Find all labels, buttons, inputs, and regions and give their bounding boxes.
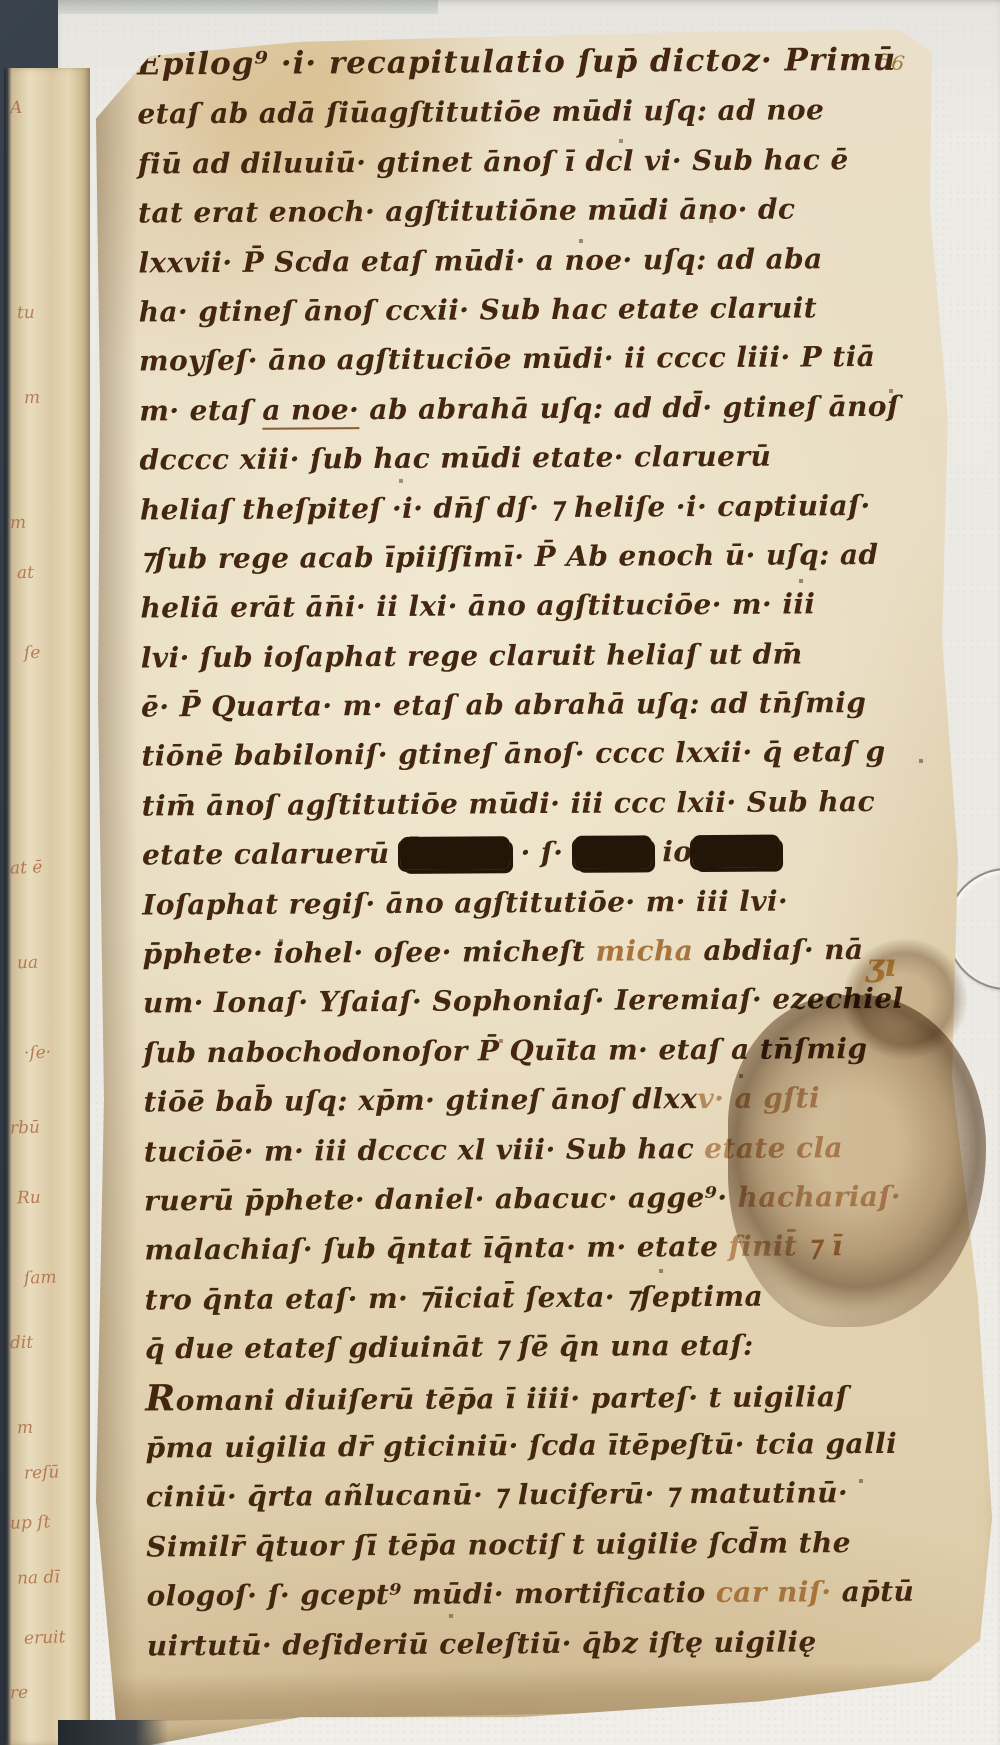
text-segment: p̄phete· iohel· oſee· micheſt — [143, 935, 596, 971]
text-line: p̄ma uigilia dr̄ gticiniū· ſcda ītēpeſtū… — [145, 1418, 955, 1472]
text-line: Similr̄ q̄tuor ſī tēp̄a noctiſ t uigilie… — [146, 1517, 956, 1571]
text-segment: tuciōē· m· iii dcccc xl viii· Sub hac — [144, 1132, 705, 1168]
text-segment: ruerū p̄phete· daniel· abacuc· agge⁹· — [144, 1181, 738, 1218]
fore-edge-ghost-text: dit — [10, 1333, 34, 1354]
text-segment: ologoſ· ſ· gcept⁹ mūdi· mortificatio — [146, 1576, 715, 1612]
text-segment: Similr̄ q̄tuor ſī tēp̄a noctiſ t uigilie… — [146, 1526, 851, 1563]
text-segment: uirtutū· deſideriū celeſtiū· q̄bz iſtę u… — [147, 1625, 817, 1662]
text-segment: ⁊ſub rege acab īpiiſſimī· P̄ Ab enoch ū·… — [140, 538, 878, 576]
text-line: ologoſ· ſ· gcept⁹ mūdi· mortificatio car… — [146, 1567, 956, 1621]
text-segment: tim̄ ānoſ agſtitutiōe mūdi· iii ccc lxii… — [142, 785, 876, 822]
fore-edge-ghost-text: tu — [17, 303, 35, 324]
text-line: p̄phete· iohel· oſee· micheſt micha abdi… — [142, 925, 952, 979]
ink-blot: ſ̄· tēp̄a — [399, 836, 510, 870]
text-line: q̄ due etateſ gdiuināt ⁊ ſē q̄n una etaſ… — [145, 1320, 955, 1374]
text-line: lvi· ſub ioſaphat rege claruit heliaſ ut… — [141, 628, 951, 682]
text-segment: tro q̄nta etaſ· m· ⁊īiciat̄ ſexta· ⁊ſept… — [145, 1279, 764, 1316]
fore-edge-ghost-text: re — [10, 1683, 29, 1704]
text-segment: ciniū· q̄rta añlucanū· ⁊ luciferū· ⁊ mat… — [146, 1477, 848, 1514]
text-segment: heliā erāt ān̄i· ii lxi· āno agſtituciōe… — [140, 588, 815, 625]
text-line: ha· gtineſ ānoſ ccxii· Sub hac etate cla… — [139, 282, 949, 336]
text-line: ē· P̄ Quarta· m· etaſ ab abrahā uſq: ad … — [141, 678, 951, 732]
text-line: Romani diuiſerū tēp̄a ī iiii· parteſ· t … — [145, 1369, 955, 1423]
text-segment: micha — [595, 934, 703, 968]
text-segment: · ſ· — [510, 836, 573, 869]
text-segment: ha· gtineſ ānoſ ccxii· Sub hac etate cla… — [139, 291, 818, 328]
text-segment: ap̄tū — [831, 1575, 914, 1609]
fore-edge-ghost-text: ua — [17, 953, 39, 974]
fore-edge-ghost-text: m — [24, 388, 41, 409]
text-line: dcccc xiii· ſub hac mūdi etate· claruerū — [139, 431, 949, 485]
text-line: uirtutū· deſideriū celeſtiū· q̄bz iſtę u… — [147, 1616, 957, 1670]
text-segment: tiōē bab̄ uſq: xp̄m· gtineſ ānoſ dlxx — [143, 1082, 697, 1118]
text-segment: R — [145, 1377, 176, 1419]
text-segment: etate calaruerū — [142, 837, 400, 872]
text-line: lxxvii· P̄ Scda etaſ mūdi· a noe· uſq: a… — [138, 233, 948, 287]
text-line: fiū ad diluuiū· gtinet ānoſ ī dcl vi· Su… — [138, 134, 948, 188]
text-segment: a noe· — [262, 393, 359, 430]
text-line: etate calaruerū ſ̄· tēp̄a · ſ· tōpe ioSa… — [142, 826, 952, 880]
fore-edge-ghost-text: at ē — [10, 857, 43, 878]
text-line: tim̄ ānoſ agſtitutiōe mūdi· iii ccc lxii… — [142, 776, 952, 830]
fore-edge-ghost-text: ſe — [24, 643, 41, 664]
ink-blot: Sap̄h — [692, 835, 780, 869]
fore-edge-ghost-text: eruit — [24, 1627, 66, 1648]
text-segment: q̄ due etateſ gdiuināt ⁊ ſē q̄n una etaſ… — [145, 1329, 754, 1366]
text-line: heliā erāt ān̄i· ii lxi· āno agſtituciōe… — [140, 579, 950, 633]
top-edge-shadow — [58, 0, 438, 14]
text-segment: Epilog⁹ ·i· recapitulatio ſup̄ dictoz· P… — [137, 42, 896, 83]
ink-blot: tōpe — [573, 836, 652, 869]
text-segment: ē· P̄ Quarta· m· etaſ ab abrahā uſq: ad … — [141, 686, 866, 723]
text-segment: fiū ad diluuiū· gtinet ānoſ ī dcl vi· Su… — [138, 143, 849, 180]
damage-stain-lobe — [842, 938, 968, 1060]
text-segment: io — [652, 835, 692, 868]
fore-edge-ghost-text: Ru — [17, 1188, 41, 1209]
text-line: tat erat enoch· agſtitutiōne mūdi āno· d… — [138, 184, 948, 238]
fore-edge-ghost-text: rbū — [10, 1117, 41, 1138]
fore-edge-ghost-text: na dī — [17, 1567, 60, 1588]
text-segment: lxxvii· P̄ Scda etaſ mūdi· a noe· uſq: a… — [138, 242, 822, 279]
fore-edge-ghost-text: m — [10, 513, 27, 534]
fore-edge-ghost-text: ſam — [24, 1267, 57, 1288]
text-segment: dcccc xiii· ſub hac mūdi etate· claruerū — [139, 440, 771, 477]
text-segment: heliaſ theſpiteſ ·i· dn̄ſ dſ· ⁊ heliſe ·… — [140, 489, 871, 526]
text-segment: malachiaſ· ſub q̄ntat īq̄nta· m· etate — [144, 1230, 728, 1267]
fore-edge-ghost-text: m — [17, 1418, 34, 1439]
text-line: m· etaſ a noe· ab abrahā uſq: ad dd̄· gt… — [139, 381, 949, 435]
text-block: Epilog⁹ ·i· recapitulatio ſup̄ dictoz· P… — [137, 36, 957, 1671]
parchment-page: 56 Epilog⁹ ·i· recapitulatio ſup̄ dictoz… — [0, 0, 1000, 1745]
text-segment: car niſ· — [716, 1575, 832, 1609]
text-segment: p̄ma uigilia dr̄ gticiniū· ſcda ītēpeſtū… — [146, 1427, 898, 1465]
text-segment: tat erat enoch· agſtitutiōne mūdi āno· d… — [138, 193, 796, 230]
text-line: moyſeſ· āno agſtituciōe mūdi· ii cccc li… — [139, 332, 949, 386]
text-segment: Ioſaphat regiſ· āno agſtitutiōe· m· iii … — [142, 884, 788, 921]
fore-edge-ghost-text: reſū — [24, 1462, 60, 1483]
fore-edge-ghost-text: at — [17, 563, 35, 584]
text-line: heliaſ theſpiteſ ·i· dn̄ſ dſ· ⁊ heliſe ·… — [140, 480, 950, 534]
fore-edge-ghost-text: up ſt — [10, 1512, 51, 1533]
bottom-left-binding-shadow — [58, 1720, 168, 1745]
text-segment: etaſ ab adā ſiūagſtitutiōe mūdi uſq: ad … — [137, 94, 824, 131]
text-segment: moyſeſ· āno agſtituciōe mūdi· ii cccc li… — [139, 340, 875, 377]
text-segment: tiōnē babiloniſ· gtineſ ānoſ· cccc lxxii… — [141, 735, 885, 773]
manuscript-photo: Atummatſeat ēua·ſe·rbūRuſamditmreſūup ſt… — [0, 0, 1000, 1745]
text-line: ⁊ſub rege acab īpiiſſimī· P̄ Ab enoch ū·… — [140, 529, 950, 583]
text-line: ciniū· q̄rta añlucanū· ⁊ luciferū· ⁊ mat… — [146, 1468, 956, 1522]
book-fore-edge: Atummatſeat ēua·ſe·rbūRuſamditmreſūup ſt… — [4, 68, 90, 1745]
text-segment: omani diuiſerū tēp̄a ī iiii· parteſ· t u… — [176, 1380, 848, 1417]
text-segment: abdiaſ· nā — [703, 933, 863, 967]
text-line: Ioſaphat regiſ· āno agſtitutiōe· m· iii … — [142, 875, 952, 929]
text-segment: m· etaſ — [139, 393, 262, 427]
text-line: tiōnē babiloniſ· gtineſ ānoſ· cccc lxxii… — [141, 727, 951, 781]
text-segment: lvi· ſub ioſaphat rege claruit heliaſ ut… — [141, 637, 803, 674]
fore-edge-ghost-text: ·ſe· — [24, 1043, 52, 1064]
text-segment: ab abrahā uſq: ad dd̄· gtineſ ānoſ — [359, 390, 899, 426]
text-line: etaſ ab adā ſiūagſtitutiōe mūdi uſq: ad … — [137, 85, 947, 139]
fore-edge-ghost-text: A — [10, 98, 23, 118]
